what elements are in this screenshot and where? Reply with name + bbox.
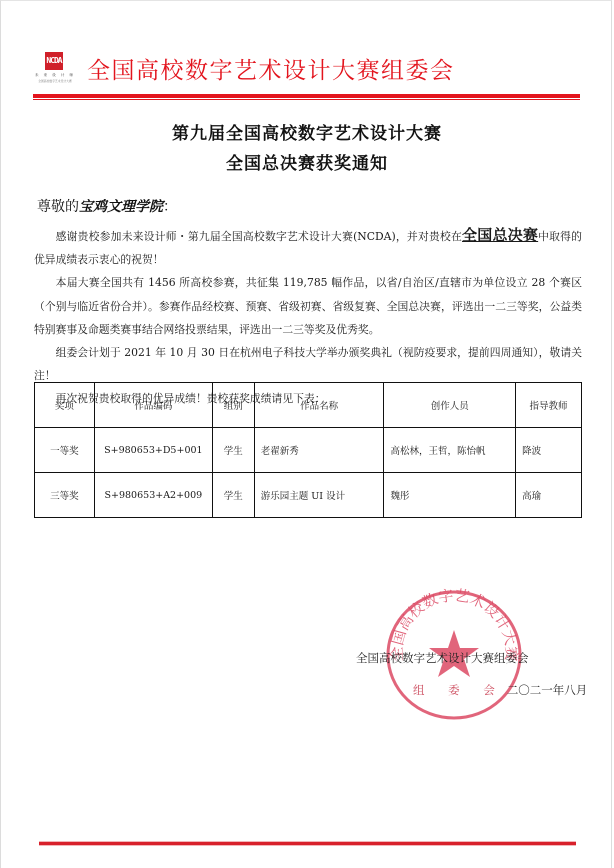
title-line-2: 全国总决赛获奖通知 [0, 149, 614, 179]
highlight-final: 全国总决赛 [462, 226, 538, 244]
ncda-logo: NCDA 未 来 设 计 师 全国高校数字艺术设计大赛 [33, 52, 77, 92]
header-group: 组别 [212, 383, 254, 428]
cell-code: S+980653+A2+009 [94, 473, 212, 518]
signature-date: 组 委 会二〇二一年八月 [413, 682, 587, 698]
header-divider [33, 94, 580, 99]
cell-group: 学生 [212, 428, 254, 473]
logo-caption: 全国高校数字艺术设计大赛 [33, 79, 77, 83]
cell-code: S+980653+D5+001 [94, 428, 212, 473]
table-row: 一等奖 S+980653+D5+001 学生 老翟新秀 高松林，王哲，陈怡帆 降… [35, 428, 582, 473]
cell-advisor: 降波 [516, 428, 582, 473]
org-title: 全国高校数字艺术设计大赛组委会 [87, 56, 455, 86]
letterhead: NCDA 未 来 设 计 师 全国高校数字艺术设计大赛 全国高校数字艺术设计大赛… [33, 52, 579, 92]
date-text: 二〇二一年八月 [507, 683, 588, 697]
signature-org: 全国高校数字艺术设计大赛组委会 [356, 650, 529, 666]
cell-creators: 魏彤 [384, 473, 516, 518]
table-header-row: 奖项 作品编码 组别 作品名称 创作人员 指导教师 [35, 383, 582, 428]
cell-award: 三等奖 [35, 473, 95, 518]
cell-group: 学生 [212, 473, 254, 518]
header-work-name: 作品名称 [254, 383, 384, 428]
document-title: 第九届全国高校数字艺术设计大赛 全国总决赛获奖通知 [0, 119, 614, 179]
table-row: 三等奖 S+980653+A2+009 学生 游乐园主题 UI 设计 魏彤 高瑜 [35, 473, 582, 518]
award-table: 奖项 作品编码 组别 作品名称 创作人员 指导教师 一等奖 S+980653+D… [34, 382, 582, 518]
paragraph-thanks: 感谢贵校参加未来设计师・第九届全国高校数字艺术设计大赛(NCDA)，并对贵校在全… [34, 224, 582, 271]
salutation-prefix: 尊敬的 [37, 199, 79, 215]
ncda-logo-icon: NCDA [45, 52, 63, 70]
seal-bottom-text: 组 委 会 [413, 683, 505, 697]
salutation: 尊敬的宝鸡文理学院： [37, 197, 177, 217]
title-line-1: 第九届全国高校数字艺术设计大赛 [0, 119, 614, 149]
header-code: 作品编码 [94, 383, 212, 428]
logo-subtitle: 未 来 设 计 师 [33, 73, 77, 78]
cell-creators: 高松林，王哲，陈怡帆 [384, 428, 516, 473]
salutation-suffix: ： [163, 199, 177, 215]
paragraph-text: 感谢贵校参加未来设计师・第九届全国高校数字艺术设计大赛(NCDA)，并对贵校在 [56, 230, 462, 243]
footer-divider [39, 842, 576, 845]
paragraph-ceremony: 组委会计划于 2021 年 10 月 30 日在杭州电子科技大学举办颁奖典礼（视… [34, 341, 582, 387]
cell-work-name: 老翟新秀 [254, 428, 384, 473]
paragraph-statistics: 本届大赛全国共有 1456 所高校参赛，共征集 119,785 幅作品，以省/自… [34, 271, 582, 341]
header-advisor: 指导教师 [516, 383, 582, 428]
header-creators: 创作人员 [384, 383, 516, 428]
cell-award: 一等奖 [35, 428, 95, 473]
header-award: 奖项 [35, 383, 95, 428]
cell-work-name: 游乐园主题 UI 设计 [254, 473, 384, 518]
cell-advisor: 高瑜 [516, 473, 582, 518]
school-name: 宝鸡文理学院 [79, 199, 163, 215]
